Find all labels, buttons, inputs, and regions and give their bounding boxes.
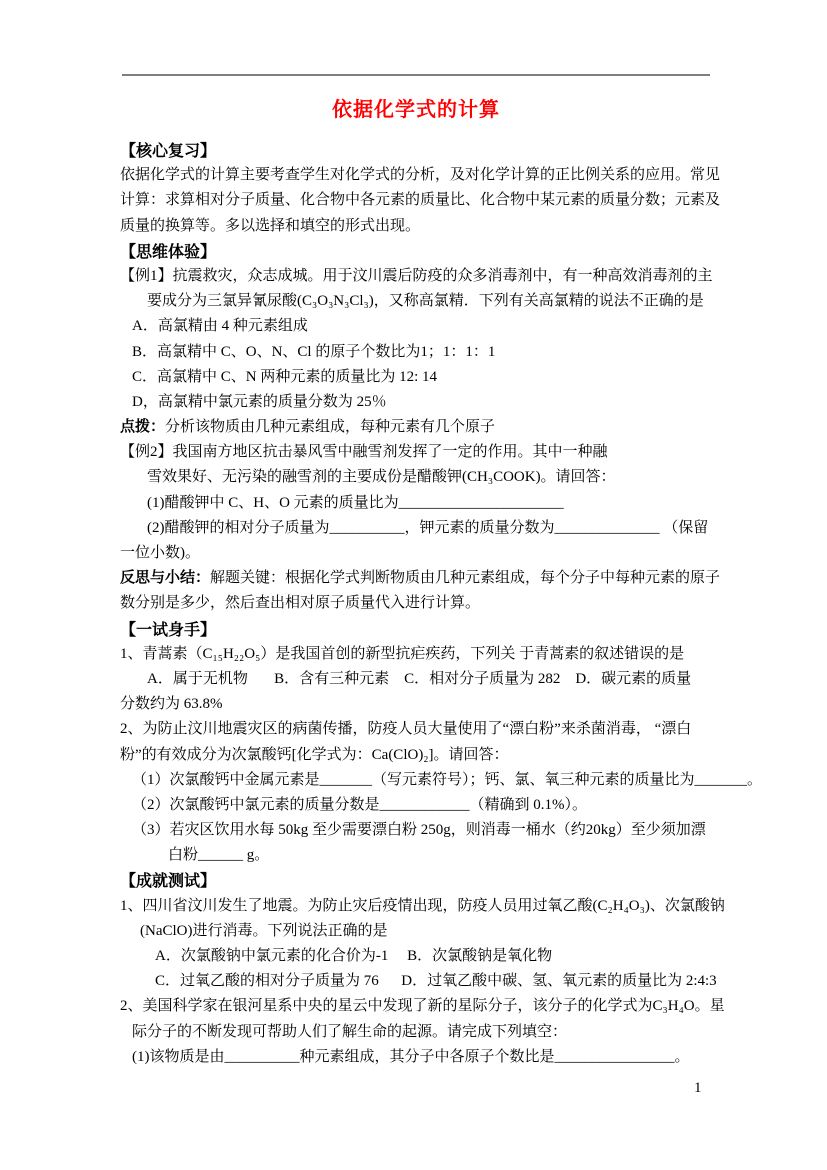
hint-text: 分析该物质由几种元素组成，每种元素有几个原子	[165, 419, 495, 435]
tryit-q2-stem-line-1: 2、为防止汶川地震灾区的病菌传播，防疫人员大量使用了“漂白粉”来杀菌消毒， “漂…	[120, 717, 827, 742]
section-heading-achievement-test: 【成就测试】	[120, 868, 827, 893]
example1-option-a: A．高氯精由 4 种元素组成	[120, 314, 827, 339]
example2-blank-question-2-cont: 一位小数)。	[120, 541, 827, 566]
example1-option-c: C．高氯精中 C、N 两种元素的质量比为 12: 14	[120, 365, 827, 390]
test-q1-options-ab: A．次氯酸钠中氯元素的化合价为-1 B．次氯酸钠是氧化物	[120, 944, 827, 969]
example2-blank-question-2: (2)醋酸钾的相对分子质量为__________，钾元素的质量分数为______…	[120, 516, 827, 541]
core-review-paragraph-line-1: 依据化学式的计算主要考查学生对化学式的分析，及对化学计算的正比例关系的应用。常见	[120, 163, 827, 188]
reflection-summary-line-2: 数分别是多少，然后查出相对原子质量代入进行计算。	[120, 591, 827, 616]
example2-stem-line-1: 【例2】我国南方地区抗击暴风雪中融雪剂发挥了一定的作用。其中一种融	[120, 440, 827, 465]
reflection-label: 反思与小结：	[120, 570, 210, 586]
page-number: 1	[694, 1080, 702, 1097]
section-heading-core-review: 【核心复习】	[120, 138, 827, 163]
example1-option-b: B．高氯精中 C、O、N、Cl 的原子个数比为1；1：1：1	[120, 340, 827, 365]
example1-stem-line-2: 要成分为三氯异氰尿酸(C₃O₃N₃Cl₃)，又称高氯精．下列有关高氯精的说法不正…	[120, 289, 827, 314]
tryit-q1-options-cont: 分数约为 63.8%	[120, 692, 827, 717]
test-q1-stem-line-1: 1、四川省汶川发生了地震。为防止灾后疫情出现，防疫人员用过氧乙酸(C₂H₄O₃)…	[120, 894, 827, 919]
core-review-paragraph-line-2: 计算：求算相对分子质量、化合物中各元素的质量比、化合物中某元素的质量分数；元素及	[120, 188, 827, 213]
test-q2-blank-question: (1)该物质是由__________种元素组成，其分子中各原子个数比是_____…	[120, 1045, 827, 1070]
document-body: 【核心复习】 依据化学式的计算主要考查学生对化学式的分析，及对化学计算的正比例关…	[120, 138, 827, 1070]
tryit-q2-stem-line-2: 粉”的有效成分为次氯酸钙[化学式为：Ca(ClO)₂]。请回答：	[120, 743, 827, 768]
example1-stem-line-1: 【例1】抗震救灾，众志成城。用于汶川震后防疫的众多消毒剂中，有一种高效消毒剂的主	[120, 264, 827, 289]
tryit-q2-item-3-cont: 白粉______ g。	[120, 843, 827, 868]
section-heading-thinking-experience: 【思维体验】	[120, 239, 827, 264]
tryit-q2-item-2: （2）次氯酸钙中氯元素的质量分数是____________（精确到 0.1%）。	[120, 793, 827, 818]
tryit-q1-options: A．属于无机物 B．含有三种元素 C．相对分子质量为 282 D．碳元素的质量	[120, 667, 827, 692]
header-rule	[122, 74, 710, 76]
test-q1-options-cd: C．过氧乙酸的相对分子质量为 76 D．过氧乙酸中碳、氢、氧元素的质量比为 2:…	[120, 969, 827, 994]
example1-hint-line: 点拨：分析该物质由几种元素组成，每种元素有几个原子	[120, 415, 827, 440]
example2-blank-question-1: (1)醋酸钾中 C、H、O 元素的质量比为___________________…	[120, 491, 827, 516]
document-title: 依据化学式的计算	[122, 96, 710, 122]
tryit-q1-stem: 1、青蒿素（C₁₅H₂₂O₅）是我国首创的新型抗疟疾药，下列关 于青蒿素的叙述错…	[120, 642, 827, 667]
example2-stem-line-2: 雪效果好、无污染的融雪剂的主要成份是醋酸钾(CH₃COOK)。请回答：	[120, 465, 827, 490]
reflection-text: 解题关键：根据化学式判断物质由几种元素组成，每个分子中每种元素的原子	[210, 570, 720, 586]
hint-label: 点拨：	[120, 419, 165, 435]
document-page: 依据化学式的计算 【核心复习】 依据化学式的计算主要考查学生对化学式的分析，及对…	[0, 0, 827, 1170]
test-q2-stem-line-2: 际分子的不断发现可帮助人们了解生命的起源。请完成下列填空：	[120, 1020, 827, 1045]
tryit-q2-item-3: （3）若灾区饮用水每 50kg 至少需要漂白粉 250g，则消毒一桶水（约20k…	[120, 818, 827, 843]
section-heading-try-it: 【一试身手】	[120, 617, 827, 642]
example1-option-d: D，高氯精中氯元素的质量分数为 25％	[120, 390, 827, 415]
test-q2-stem-line-1: 2、美国科学家在银河星系中央的星云中发现了新的星际分子，该分子的化学式为C₃H₄…	[120, 994, 827, 1019]
reflection-summary-line-1: 反思与小结：解题关键：根据化学式判断物质由几种元素组成，每个分子中每种元素的原子	[120, 566, 827, 591]
test-q1-stem-line-2: (NaClO)进行消毒。下列说法正确的是	[120, 919, 827, 944]
core-review-paragraph-line-3: 质量的换算等。多以选择和填空的形式出现。	[120, 214, 827, 239]
tryit-q2-item-1: （1）次氯酸钙中金属元素是_______（写元素符号）；钙、氯、氧三种元素的质量…	[120, 768, 827, 793]
document-content: 依据化学式的计算 【核心复习】 依据化学式的计算主要考查学生对化学式的分析，及对…	[0, 74, 827, 1070]
